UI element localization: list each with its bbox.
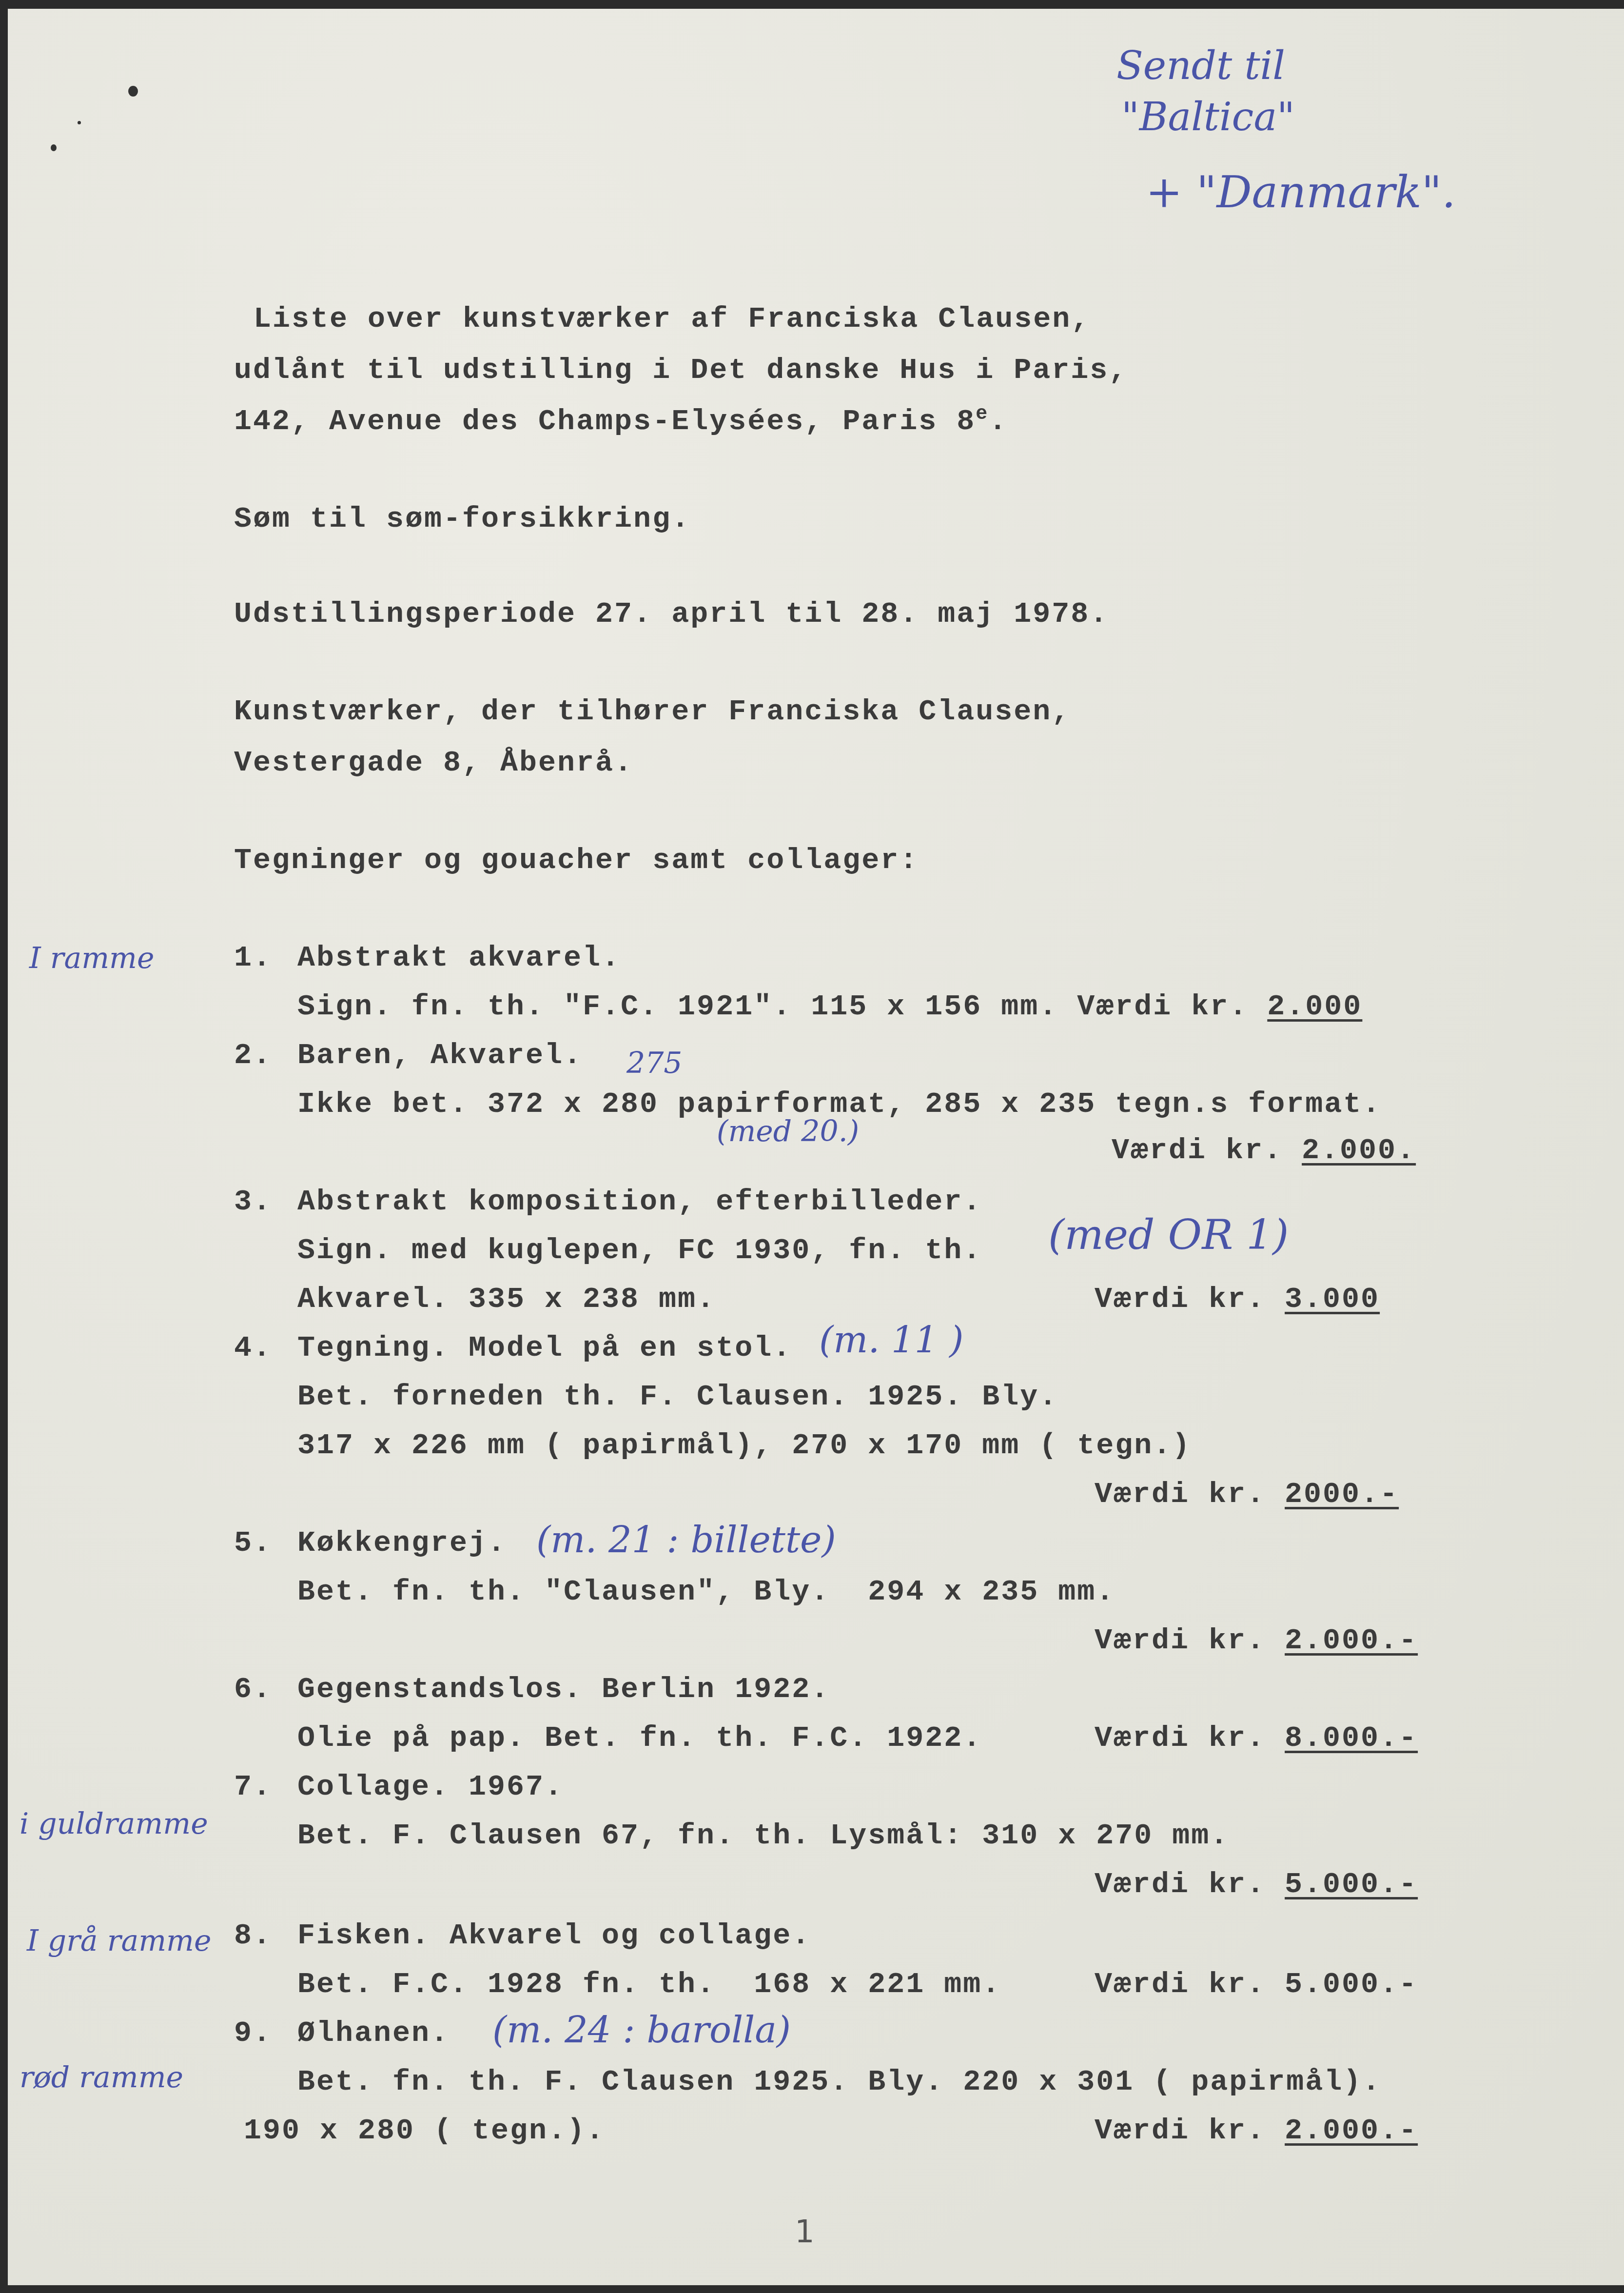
item-value-line: Værdi kr. 2000.- (1095, 1480, 1399, 1509)
item-number: 7. (234, 1773, 272, 1802)
item-value-line: Værdi kr. 5.000.- (1095, 1970, 1418, 1999)
heading-line-2: udlånt til udstilling i Det danske Hus i… (234, 356, 1128, 385)
heading-line-1: Liste over kunstværker af Franciska Clau… (254, 305, 1090, 334)
item-number: 6. (234, 1675, 272, 1704)
handwritten-note-sent-to: Sendt til (1116, 46, 1285, 85)
item-details: 317 x 226 mm ( papirmål), 270 x 170 mm (… (297, 1431, 1191, 1461)
insurance-line: Søm til søm-forsikkring. (234, 505, 690, 534)
item-value: 2.000.- (1285, 1624, 1418, 1658)
item-value: 2.000 (1267, 990, 1362, 1024)
margin-note: rød ramme (20, 2063, 183, 2092)
handwritten-annotation: (m. 24 : barolla) (492, 2012, 791, 2048)
item-details: Sign. fn. th. "F.C. 1921". 115 x 156 mm.… (297, 992, 1362, 1022)
item-title: Collage. 1967. (297, 1773, 564, 1802)
section-title: Tegninger og gouacher samt collager: (234, 846, 919, 875)
item-title: Fisken. Akvarel og collage. (297, 1921, 811, 1951)
item-title: Gegenstandslos. Berlin 1922. (297, 1675, 830, 1704)
item-title: Tegning. Model på en stol. (297, 1334, 792, 1363)
owner-line-1: Kunstværker, der tilhører Franciska Clau… (234, 697, 1071, 727)
margin-note: I grå ramme (27, 1926, 211, 1956)
margin-note: i guldramme (20, 1809, 208, 1838)
item-value: 5.000.- (1285, 1968, 1418, 2001)
item-number: 5. (234, 1529, 272, 1558)
item-value-line: Værdi kr. 8.000.- (1095, 1724, 1418, 1753)
item-value: 2.000. (1302, 1134, 1416, 1167)
item-title: Ølhanen. (297, 2019, 450, 2048)
item-details: Bet. fn. th. "Clausen", Bly. 294 x 235 m… (297, 1578, 1115, 1607)
item-details: Akvarel. 335 x 238 mm. (297, 1285, 716, 1314)
owner-line-2: Vestergade 8, Åbenrå. (234, 749, 633, 778)
item-value: 8.000.- (1285, 1722, 1418, 1755)
handwritten-note-danmark: + "Danmark". (1146, 171, 1456, 215)
item-value-line: Værdi kr. 2.000. (1112, 1136, 1416, 1166)
heading-line-3: 142, Avenue des Champs-Elysées, Paris 8e… (234, 405, 1008, 436)
punch-mark (78, 121, 81, 124)
punch-mark (128, 86, 138, 97)
item-details: Olie på pap. Bet. fn. th. F.C. 1922. (297, 1724, 982, 1753)
item-details: Bet. F.C. 1928 fn. th. 168 x 221 mm. (297, 1970, 1001, 1999)
item-number: 2. (234, 1041, 272, 1070)
item-value: 2000.- (1285, 1478, 1399, 1511)
item-details: Sign. med kuglepen, FC 1930, fn. th. (297, 1236, 982, 1265)
punch-mark (51, 144, 57, 151)
item-number: 4. (234, 1334, 272, 1363)
item-title: Baren, Akvarel. (297, 1041, 583, 1070)
item-details: 190 x 280 ( tegn.). (244, 2116, 605, 2146)
page-number: 1 (795, 2214, 815, 2250)
handwritten-annotation: (m. 21 : billette) (536, 1522, 836, 1558)
item-number: 1. (234, 944, 272, 973)
item-value: 3.000 (1285, 1283, 1380, 1316)
item-value-line: Værdi kr. 3.000 (1095, 1285, 1380, 1314)
exhibition-period: Udstillingsperiode 27. april til 28. maj… (234, 600, 1109, 629)
item-details: Bet. F. Clausen 67, fn. th. Lysmål: 310 … (297, 1821, 1229, 1851)
item-value-line: Værdi kr. 2.000.- (1095, 1626, 1418, 1656)
handwritten-annotation: (med 20.) (717, 1117, 859, 1146)
item-number: 8. (234, 1921, 272, 1951)
item-title: Abstrakt komposition, efterbilleder. (297, 1187, 982, 1217)
handwritten-annotation: (med OR 1) (1048, 1214, 1289, 1256)
item-value-line: Værdi kr. 5.000.- (1095, 1870, 1418, 1899)
item-value: 2.000.- (1285, 2115, 1418, 2148)
item-value: 5.000.- (1285, 1868, 1418, 1901)
item-title: Køkkengrej. (297, 1529, 507, 1558)
handwritten-note-baltica: "Baltica" (1121, 98, 1295, 137)
handwritten-annotation: (m. 11 ) (819, 1322, 964, 1358)
item-details: Bet. fn. th. F. Clausen 1925. Bly. 220 x… (297, 2068, 1381, 2097)
handwritten-correction: 275 (626, 1048, 683, 1078)
item-number: 9. (234, 2019, 272, 2048)
item-value-line: Værdi kr. 2.000.- (1095, 2116, 1418, 2146)
margin-note: I ramme (29, 944, 155, 973)
item-number: 3. (234, 1187, 272, 1217)
item-title: Abstrakt akvarel. (297, 944, 621, 973)
item-details: Bet. forneden th. F. Clausen. 1925. Bly. (297, 1383, 1058, 1412)
